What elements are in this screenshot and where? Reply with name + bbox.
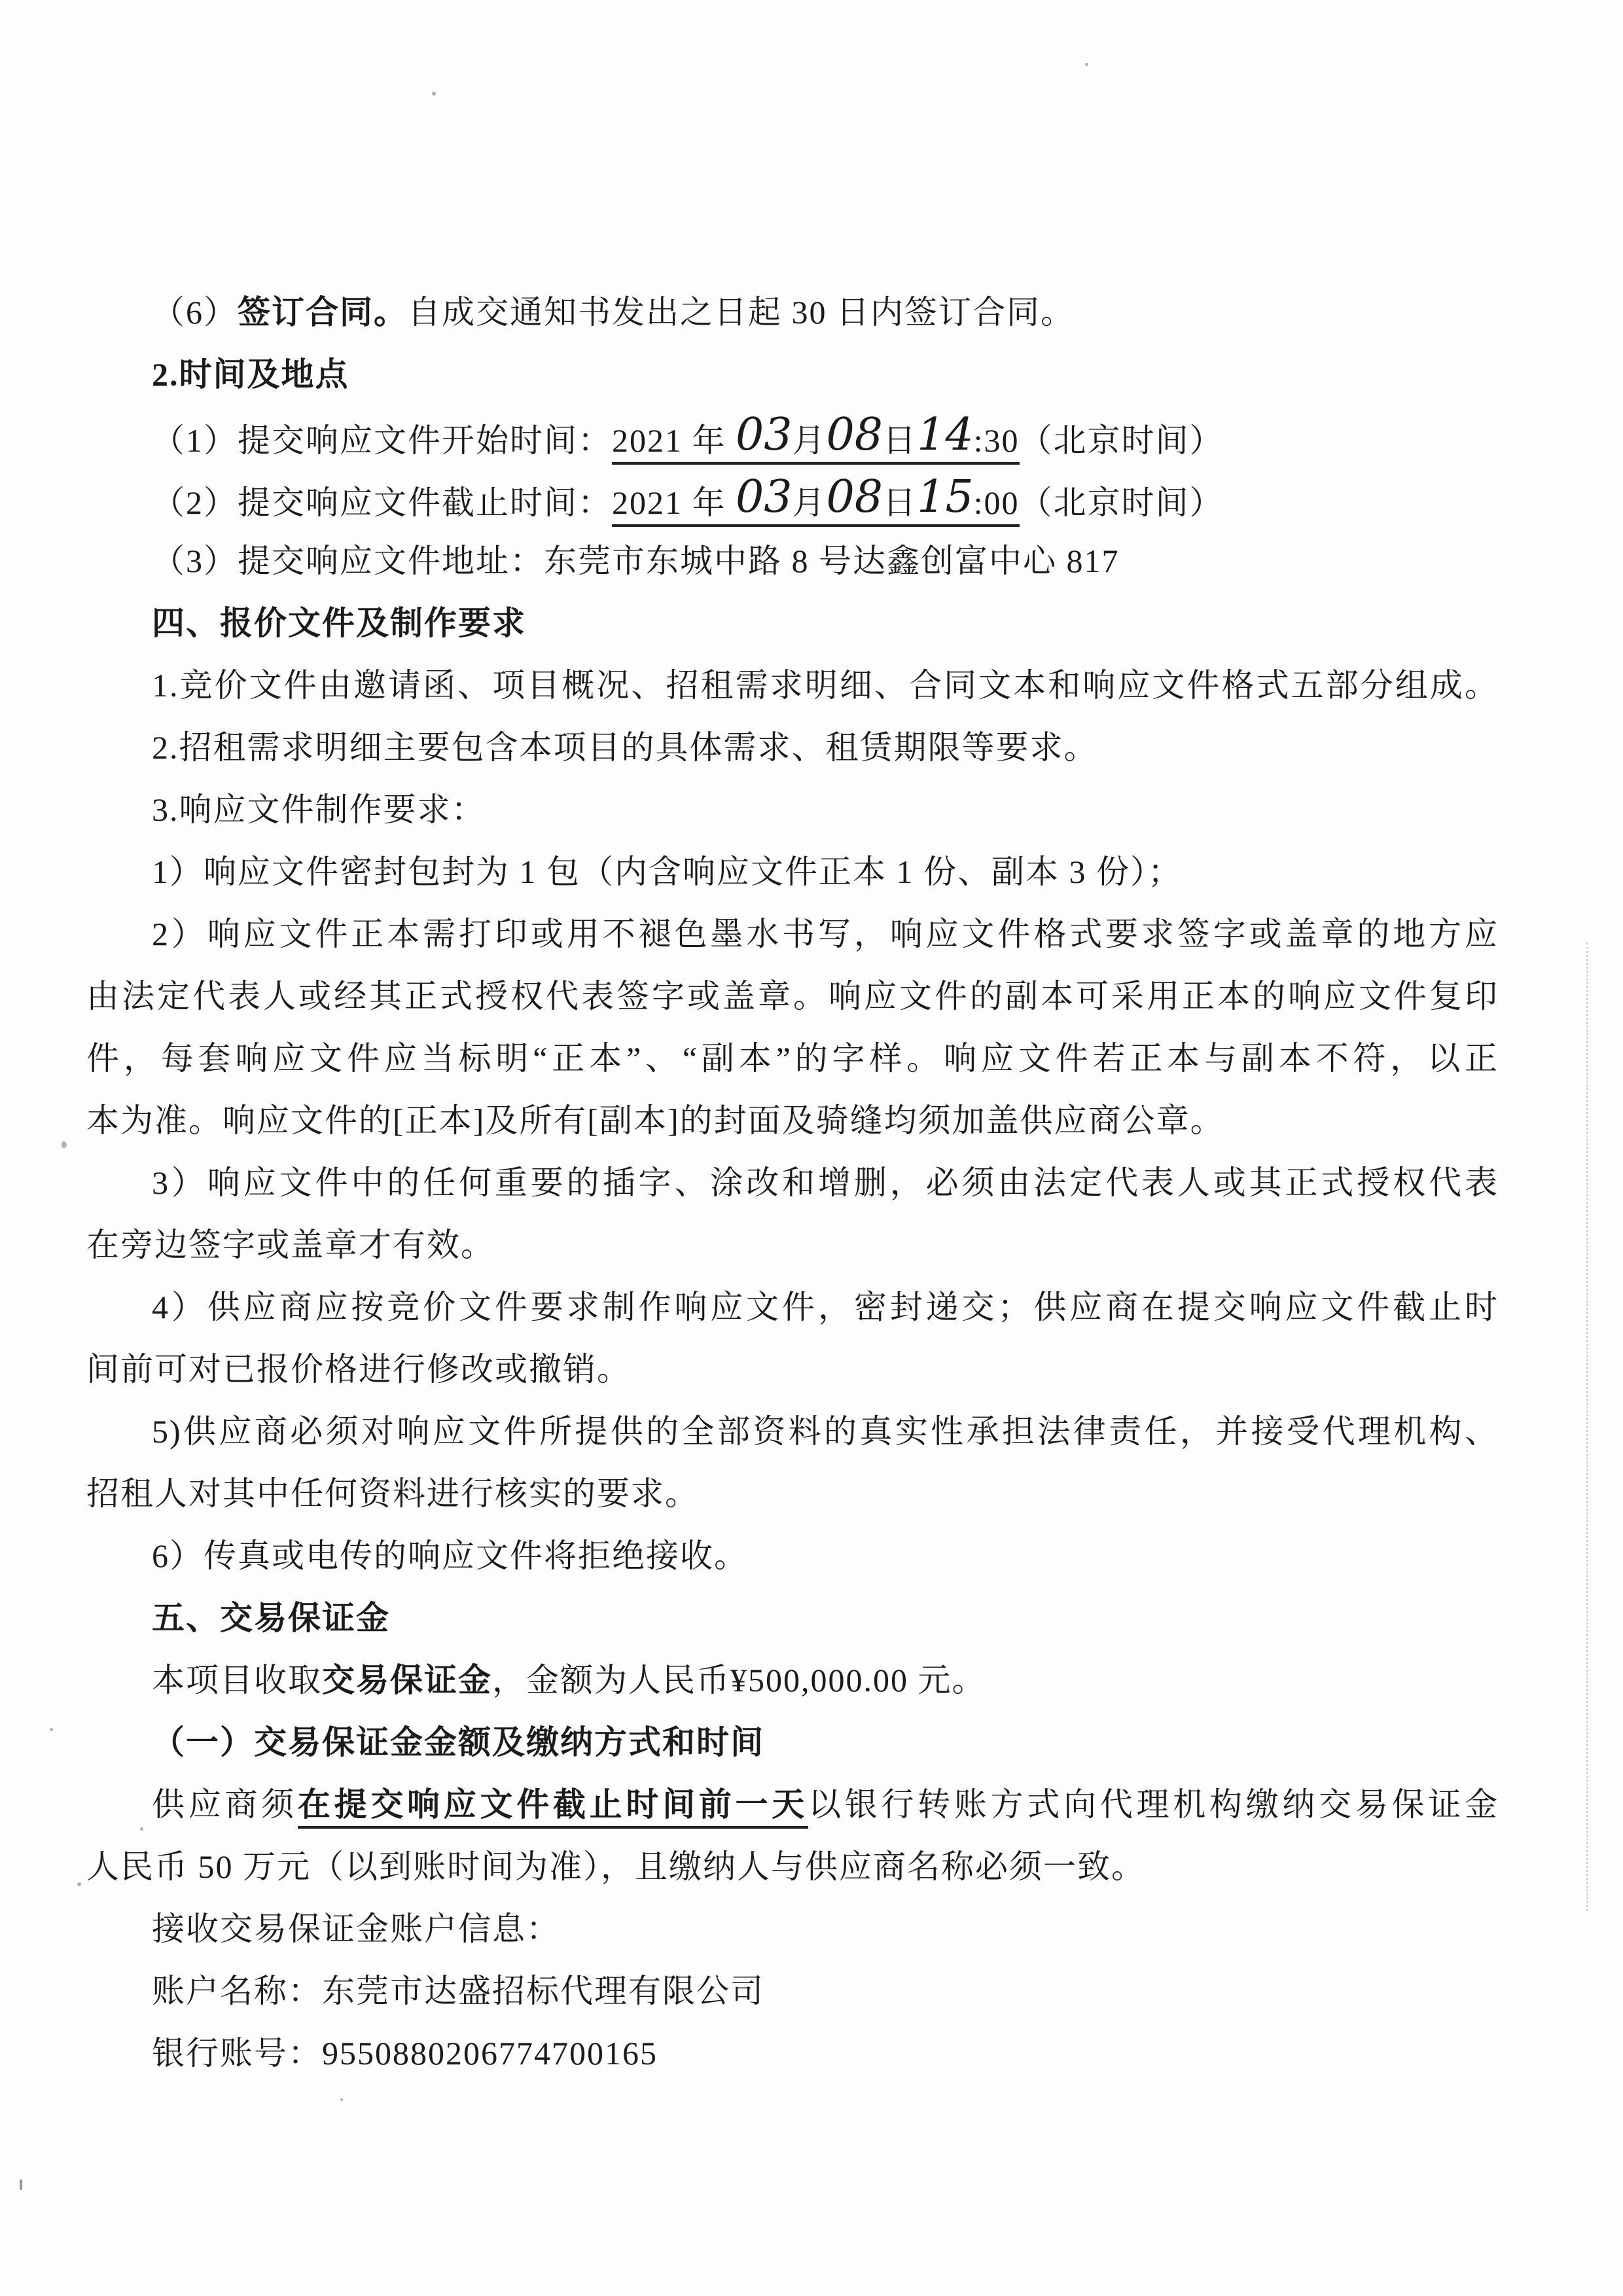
doc-line: 在旁边签字或盖章才有效。 — [86, 1214, 1499, 1276]
text-run: 账户名称：东莞市达盛招标代理有限公司 — [152, 1973, 764, 2009]
text-run: 2.时间及地点 — [152, 356, 349, 393]
text-run: （一）交易保证金金额及缴纳方式和时间 — [152, 1724, 764, 1761]
text-run: 月 — [793, 422, 827, 459]
doc-line: 1.竞价文件由邀请函、项目概况、招租需求明细、合同文本和响应文件格式五部分组成。 — [86, 655, 1499, 717]
handwritten-text-run: 03 — [736, 471, 793, 523]
text-run: 供应商须 — [152, 1786, 298, 1823]
doc-line: 间前可对已报价格进行修改或撤销。 — [86, 1338, 1499, 1401]
doc-line: 银行账号：9550880206774700165 — [86, 2022, 1499, 2085]
text-run: （1）提交响应文件开始时间： — [152, 422, 612, 459]
text-run: 2）响应文件正本需打印或用不褪色墨水书写，响应文件格式要求签字或盖章的地方应 — [152, 916, 1499, 952]
text-run: （2）提交响应文件截止时间： — [152, 484, 612, 521]
doc-line: 3.响应文件制作要求： — [86, 779, 1499, 841]
doc-line: 五、交易保证金 — [86, 1587, 1499, 1649]
text-run: 本为准。响应文件的[正本]及所有[副本]的封面及骑缝均须加盖供应商公章。 — [86, 1102, 1224, 1139]
text-run: :00 — [974, 484, 1020, 521]
text-run: 招租人对其中任何资料进行核实的要求。 — [86, 1475, 699, 1512]
handwritten-text-run: 08 — [827, 471, 883, 523]
text-run: 本项目收取 — [152, 1662, 322, 1698]
text-run: 日 — [883, 422, 917, 459]
text-run: 2021 年 — [612, 422, 736, 459]
text-run: 间前可对已报价格进行修改或撤销。 — [86, 1351, 631, 1388]
text-run: 交易保证金 — [322, 1662, 492, 1698]
doc-line: 本项目收取交易保证金，金额为人民币¥500,000.00 元。 — [86, 1649, 1499, 1712]
text-run: （北京时间） — [1020, 484, 1224, 521]
text-run: 签订合同。 — [238, 294, 408, 331]
doc-line: 本为准。响应文件的[正本]及所有[副本]的封面及骑缝均须加盖供应商公章。 — [86, 1090, 1499, 1152]
underline-field: 在提交响应文件截止时间前一天 — [298, 1786, 808, 1829]
text-run: 4）供应商应按竞价文件要求制作响应文件，密封递交；供应商在提交响应文件截止时 — [152, 1289, 1499, 1325]
scan-speckle — [77, 1882, 81, 1886]
text-run: 2.招租需求明细主要包含本项目的具体需求、租赁期限等要求。 — [152, 729, 1098, 766]
doc-line: 3）响应文件中的任何重要的插字、涂改和增删，必须由法定代表人或其正式授权代表 — [86, 1152, 1499, 1214]
text-run: 在旁边签字或盖章才有效。 — [86, 1227, 495, 1263]
doc-line: 人民币 50 万元（以到账时间为准），且缴纳人与供应商名称必须一致。 — [86, 1836, 1499, 1898]
doc-line: 接收交易保证金账户信息： — [86, 1898, 1499, 1960]
text-run: 自成交通知书发出之日起 30 日内签订合同。 — [408, 294, 1075, 331]
doc-line: 账户名称：东莞市达盛招标代理有限公司 — [86, 1960, 1499, 2022]
underline-field: 2021 年 03月08日14:30 — [612, 422, 1020, 465]
doc-line: 招租人对其中任何资料进行核实的要求。 — [86, 1463, 1499, 1525]
doc-line: 4）供应商应按竞价文件要求制作响应文件，密封递交；供应商在提交响应文件截止时 — [86, 1276, 1499, 1338]
text-run: 6）传真或电传的响应文件将拒绝接收。 — [152, 1537, 748, 1574]
doc-line: 2）响应文件正本需打印或用不褪色墨水书写，响应文件格式要求签字或盖章的地方应 — [86, 903, 1499, 965]
doc-line: 2.招租需求明细主要包含本项目的具体需求、租赁期限等要求。 — [86, 717, 1499, 779]
scan-speckle — [1085, 63, 1088, 66]
scan-speckle — [50, 1728, 53, 1731]
text-run: 日 — [883, 484, 917, 521]
scan-speckle — [62, 1141, 67, 1148]
text-run: 五、交易保证金 — [152, 1600, 390, 1636]
document-body: （6）签订合同。自成交通知书发出之日起 30 日内签订合同。2.时间及地点（1）… — [86, 281, 1499, 2085]
doc-line: 四、报价文件及制作要求 — [86, 592, 1499, 655]
scan-speckle — [432, 92, 436, 96]
doc-line: （1）提交响应文件开始时间：2021 年 03月08日14:30（北京时间） — [86, 406, 1499, 468]
text-run: 银行账号：9550880206774700165 — [152, 2035, 658, 2072]
handwritten-text-run: 08 — [827, 409, 883, 461]
scan-speckle — [20, 2179, 22, 2190]
handwritten-text-run: 14 — [917, 409, 974, 461]
text-run: （3）提交响应文件地址：东莞市东城中路 8 号达鑫创富中心 817 — [152, 543, 1120, 579]
text-run: （6） — [152, 294, 238, 331]
doc-line: （一）交易保证金金额及缴纳方式和时间 — [86, 1712, 1499, 1774]
scan-edge-artifact — [1586, 942, 1588, 1911]
doc-line: 6）传真或电传的响应文件将拒绝接收。 — [86, 1525, 1499, 1587]
text-run: 由法定代表人或经其正式授权代表签字或盖章。响应文件的副本可采用正本的响应文件复印 — [86, 978, 1499, 1014]
text-run: （北京时间） — [1020, 422, 1224, 459]
scanned-document-page: （6）签订合同。自成交通知书发出之日起 30 日内签订合同。2.时间及地点（1）… — [0, 0, 1623, 2296]
text-run: 在提交响应文件截止时间前一天 — [298, 1786, 808, 1823]
text-run: 3）响应文件中的任何重要的插字、涂改和增删，必须由法定代表人或其正式授权代表 — [152, 1164, 1499, 1201]
doc-line: 1）响应文件密封包封为 1 包（内含响应文件正本 1 份、副本 3 份）； — [86, 841, 1499, 903]
text-run: 件，每套响应文件应当标明“正本”、“副本”的字样。响应文件若正本与副本不符，以正 — [86, 1040, 1499, 1077]
doc-line: （3）提交响应文件地址：东莞市东城中路 8 号达鑫创富中心 817 — [86, 530, 1499, 592]
text-run: 1.竞价文件由邀请函、项目概况、招租需求明细、合同文本和响应文件格式五部分组成。 — [152, 667, 1499, 704]
doc-line: 由法定代表人或经其正式授权代表签字或盖章。响应文件的副本可采用正本的响应文件复印 — [86, 965, 1499, 1028]
doc-line: 供应商须在提交响应文件截止时间前一天以银行转账方式向代理机构缴纳交易保证金 — [86, 1774, 1499, 1836]
text-run: 人民币 50 万元（以到账时间为准），且缴纳人与供应商名称必须一致。 — [86, 1848, 1145, 1885]
doc-line: 2.时间及地点 — [86, 344, 1499, 406]
text-run: 3.响应文件制作要求： — [152, 791, 486, 828]
doc-line: 件，每套响应文件应当标明“正本”、“副本”的字样。响应文件若正本与副本不符，以正 — [86, 1028, 1499, 1090]
text-run: 1）响应文件密封包封为 1 包（内含响应文件正本 1 份、副本 3 份）； — [152, 853, 1182, 890]
doc-line: （6）签订合同。自成交通知书发出之日起 30 日内签订合同。 — [86, 281, 1499, 344]
text-run: ，金额为人民币¥500,000.00 元。 — [492, 1662, 986, 1698]
doc-line: （2）提交响应文件截止时间：2021 年 03月08日15:00（北京时间） — [86, 468, 1499, 530]
text-run: 接收交易保证金账户信息： — [152, 1910, 560, 1947]
text-run: 以银行转账方式向代理机构缴纳交易保证金 — [808, 1786, 1499, 1823]
scan-speckle — [140, 1827, 143, 1831]
text-run: 2021 年 — [612, 484, 736, 521]
handwritten-text-run: 03 — [736, 409, 793, 461]
underline-field: 2021 年 03月08日15:00 — [612, 484, 1020, 527]
scan-speckle — [340, 2098, 343, 2101]
handwritten-text-run: 15 — [917, 471, 974, 523]
text-run: 5)供应商必须对响应文件所提供的全部资料的真实性承担法律责任，并接受代理机构、 — [152, 1413, 1499, 1450]
text-run: 月 — [793, 484, 827, 521]
text-run: :30 — [974, 422, 1020, 459]
text-run: 四、报价文件及制作要求 — [152, 605, 526, 641]
doc-line: 5)供应商必须对响应文件所提供的全部资料的真实性承担法律责任，并接受代理机构、 — [86, 1401, 1499, 1463]
